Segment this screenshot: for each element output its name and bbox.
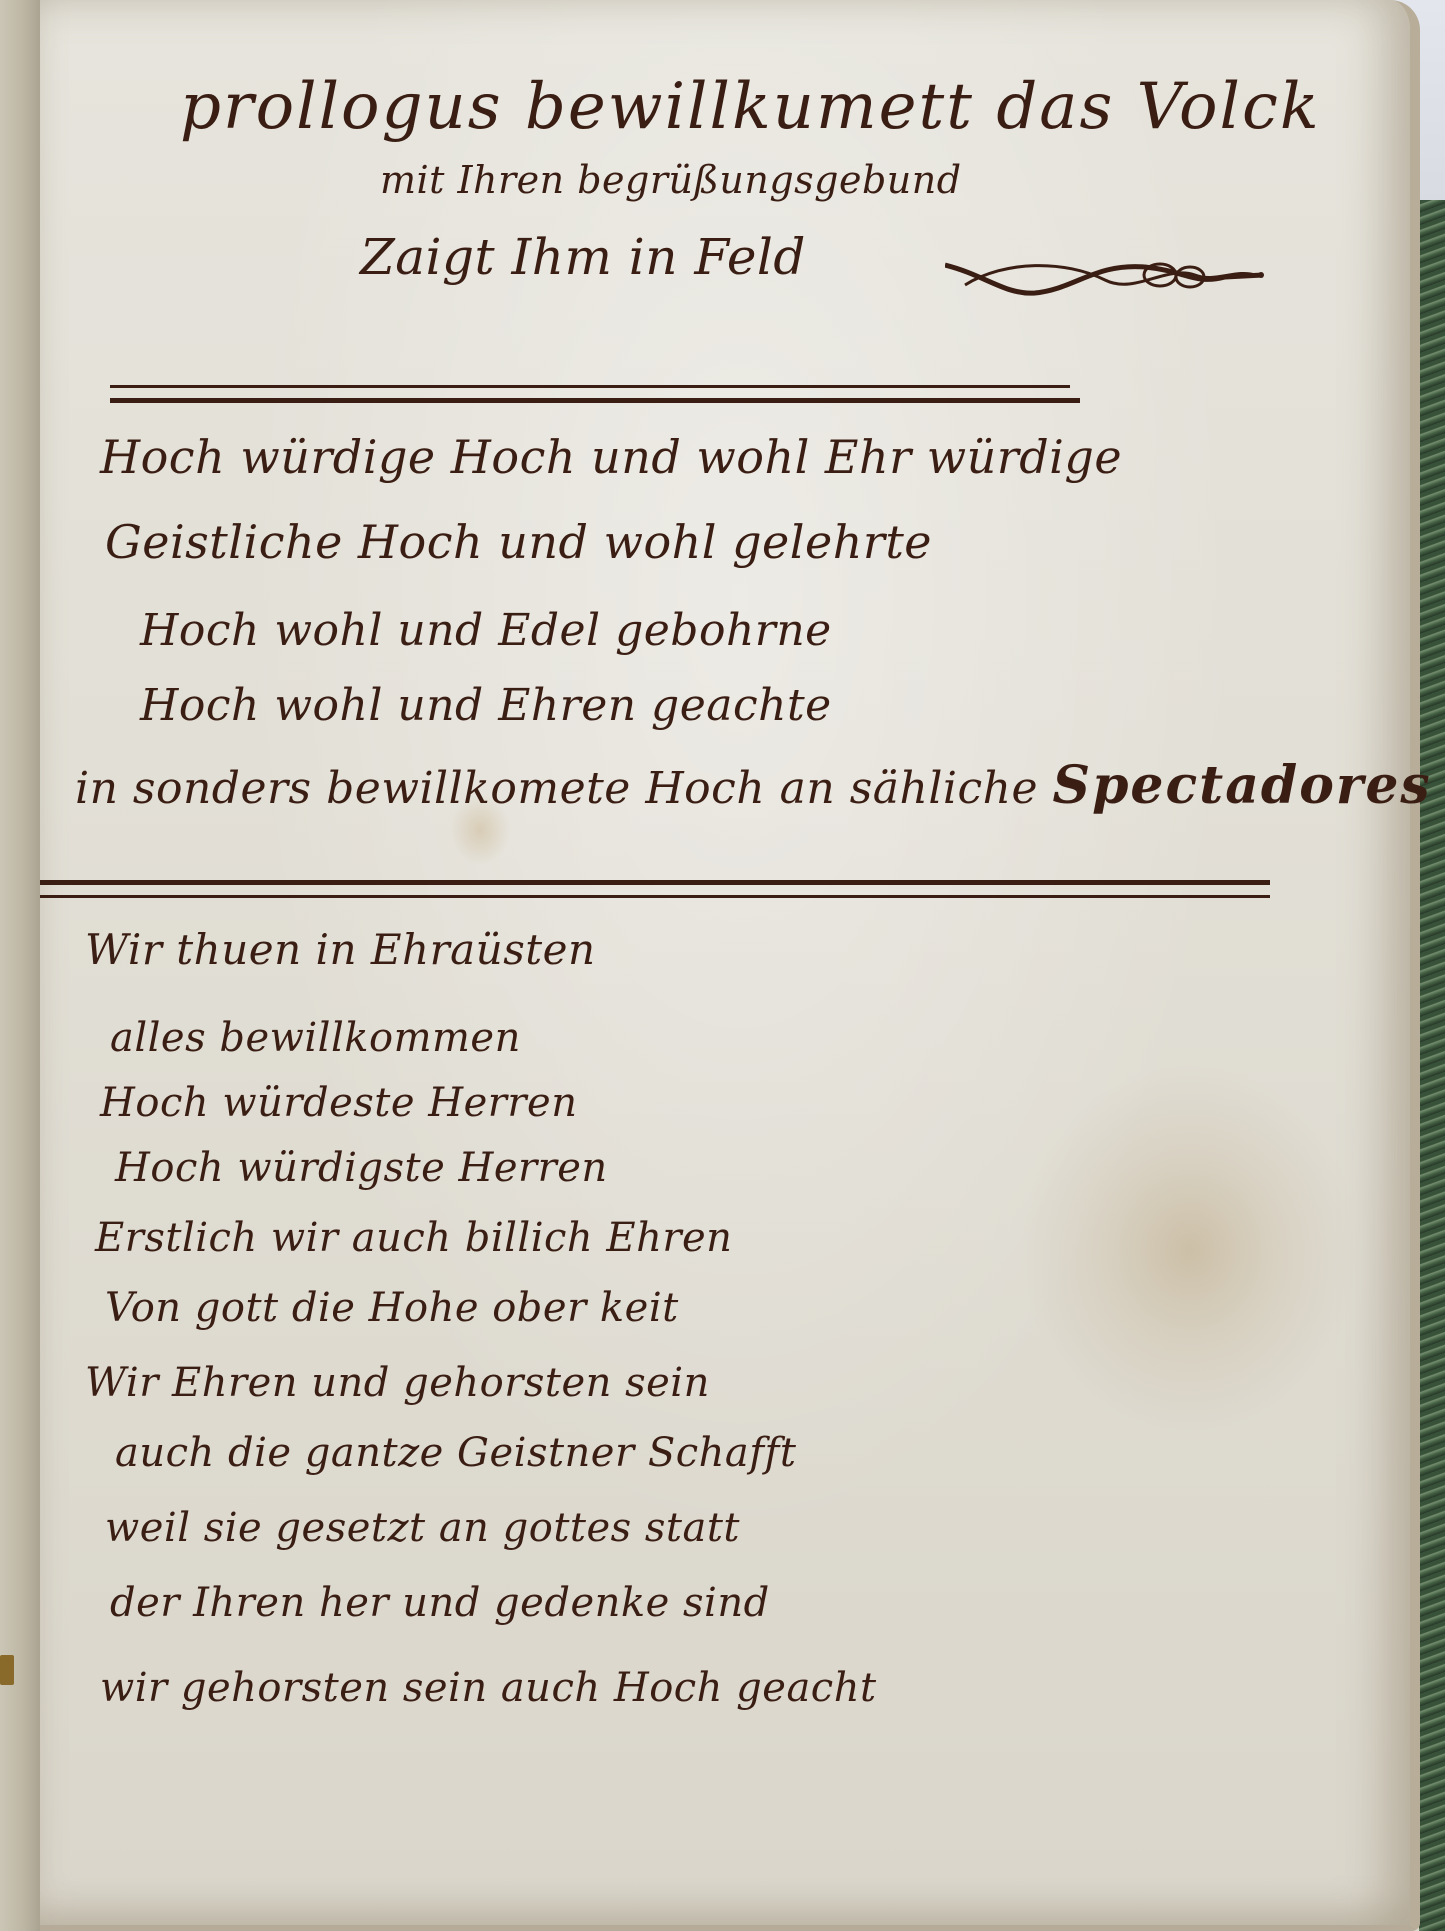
verse-line: Erstlich wir auch billich Ehren [95, 1215, 732, 1261]
binding-stain [0, 1655, 14, 1685]
green-book-cover [1419, 200, 1445, 1931]
manuscript-page: prollogus bewillkumett das Volck mit Ihr… [40, 0, 1420, 1931]
divider-middle [40, 895, 1270, 898]
address-line: Hoch wohl und Edel gebohrne [140, 605, 832, 656]
divider-top-bold [110, 398, 1080, 403]
divider-top [110, 385, 1070, 388]
verse-line: Wir Ehren und gehorsten sein [85, 1360, 710, 1406]
page-subtitle-line-2: Zaigt Ihm in Feld [360, 228, 806, 286]
divider-middle-bold [40, 880, 1270, 885]
manuscript-photo: prollogus bewillkumett das Volck mit Ihr… [0, 0, 1445, 1931]
verse-line: Hoch würdigste Herren [115, 1145, 608, 1191]
verse-line: der Ihren her und gedenke sind [110, 1580, 770, 1626]
verse-line: Hoch würdeste Herren [100, 1080, 577, 1126]
verse-line: wir gehorsten sein auch Hoch geacht [100, 1665, 877, 1711]
page-subtitle-line-1: mit Ihren begrüßungsgebund [380, 158, 962, 202]
page-title: prollogus bewillkumett das Volck [180, 70, 1321, 144]
verse-line: auch die gantze Geistner Schafft [115, 1430, 796, 1476]
pen-flourish-icon [945, 255, 1265, 305]
address-line: Geistliche Hoch und wohl gelehrte [105, 515, 932, 569]
address-line: Hoch würdige Hoch und wohl Ehr würdige [100, 430, 1122, 484]
spectadores-word: Spectadores [1053, 755, 1432, 816]
verse-line: Von gott die Hohe ober keit [105, 1285, 679, 1331]
address-line-text: in sonders bewillkomete Hoch an sähliche [75, 763, 1038, 814]
verse-line: alles bewillkommen [110, 1015, 521, 1061]
verse-line: weil sie gesetzt an gottes statt [105, 1505, 740, 1551]
address-line: in sonders bewillkomete Hoch an sähliche… [75, 755, 1432, 816]
verse-line: Wir thuen in Ehraüsten [85, 925, 596, 974]
address-line: Hoch wohl und Ehren geachte [140, 680, 832, 731]
